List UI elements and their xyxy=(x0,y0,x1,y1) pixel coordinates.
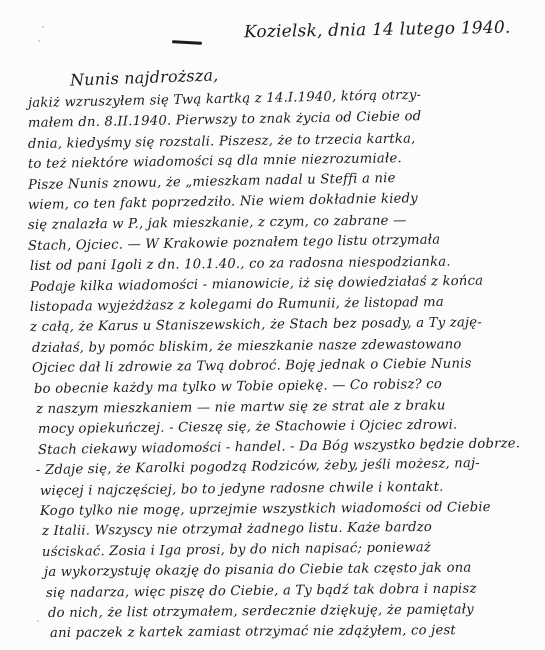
letter-line: z Italii. Wszyscy nie otrzymał żadnego l… xyxy=(42,520,432,539)
letter-line: to też niektóre wiadomości są dla mnie n… xyxy=(28,151,402,172)
letter-salutation: Nunis najdroższa, xyxy=(70,65,219,89)
letter-line: - Zdaje się, że Karolki pogodzą Rodziców… xyxy=(36,456,480,478)
paper-speck xyxy=(38,40,40,42)
paper-speck xyxy=(278,625,280,627)
letter-line: małem dn. 8.II.1940. Pierwszy to znak ży… xyxy=(28,110,422,132)
letter-page: Kozielsk, dnia 14 lutego 1940. Nunis naj… xyxy=(0,0,545,650)
letter-line: działaś, by pomóc bliskim, że mieszkanie… xyxy=(32,337,462,356)
paper-speck xyxy=(42,26,44,28)
letter-line: Ojciec dał li zdrowie za Twą dobroć. Boj… xyxy=(32,357,472,377)
letter-line: z całą, że Karus u Staniszewskich, że St… xyxy=(30,316,482,336)
letter-line: ja wykorzystuję okazję do pisania do Cie… xyxy=(44,561,472,580)
letter-line: się nadarza, więc piszę do Ciebie, a Ty … xyxy=(46,581,477,601)
letter-line: ani paczek z kartek zamiast otrzymać nie… xyxy=(50,624,456,642)
letter-line: list od pani Igoli z dn. 10.1.40., co za… xyxy=(30,255,451,274)
letter-line: wiem, co ten fakt poprzedziło. Nie wiem … xyxy=(28,191,418,213)
letter-line: do nich, że list otrzymałem, serdecznie … xyxy=(48,602,474,621)
letter-header: Kozielsk, dnia 14 lutego 1940. xyxy=(244,18,511,43)
letter-line: listopada wyjeżdżasz z kolegami do Rumun… xyxy=(30,295,444,315)
letter-line: Pisze Nunis znowu, że „mieszkam nadal u … xyxy=(28,171,396,193)
letter-line: mocy opiekuńczej. - Cieszę się, że Stach… xyxy=(38,418,458,437)
letter-line: Stach, Ojciec. — W Krakowie poznałem teg… xyxy=(28,232,440,253)
letter-line: się znalazła w P., jak mieszkanie, z czy… xyxy=(28,214,407,234)
letter-line: uściskać. Zosia i Iga prosi, by do nich … xyxy=(42,540,431,560)
letter-line: bo obecnie każdy ma tylko w Tobie opiekę… xyxy=(34,377,442,397)
letter-line: Stach ciekawy wiadomości - handel. - Da … xyxy=(38,436,520,458)
letter-line: więcej i najczęściej, bo to jedyne rados… xyxy=(40,479,444,498)
paper-speck xyxy=(37,620,39,622)
header-dash xyxy=(172,40,202,45)
letter-line: Podaje kilka wiadomości - mianowicie, iż… xyxy=(30,273,483,294)
letter-line: dnia, kiedyśmy się rozstali. Piszesz, że… xyxy=(28,131,416,151)
letter-line: Kogo tylko nie mogę, uprzejmie wszystkic… xyxy=(40,500,491,519)
letter-line: z naszym mieszkaniem — nie martw się ze … xyxy=(36,398,446,417)
letter-line: jakiż wzruszyłem się Twą kartką z 14.I.1… xyxy=(28,88,422,111)
